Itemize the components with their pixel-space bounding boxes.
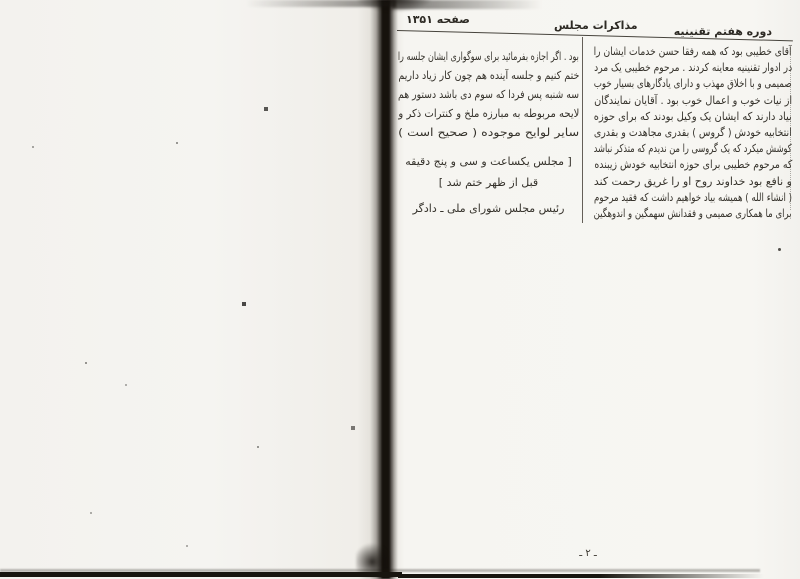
speaker-signature: رئیس مجلس شورای ملی ـ دادگر xyxy=(398,198,579,219)
dust-specks xyxy=(0,0,2,2)
text-line-text: برای ما همکاری صمیمی و فقدانش سهمگین و ا… xyxy=(594,206,792,222)
text-line: سایر لوایح موجوده ( صحیح است ) xyxy=(398,123,579,142)
session-closing-note: [ مجلس یکساعت و سی و پنج دقیقه قبل از ظه… xyxy=(398,151,579,219)
text-line-text: آقای خطیبی بود که همه رفقا حسن خدمات ایش… xyxy=(594,44,792,60)
column-divider xyxy=(582,37,583,223)
text-line: ( انشاء الله ) همیشه بیاد خواهیم داشت که… xyxy=(594,190,792,206)
text-line-text: لایحه مربوطه به مبارزه ملخ و کنترات ذکر … xyxy=(398,104,579,123)
text-line: سه شنبه پس فردا که سوم دی باشد دستور هم xyxy=(398,85,579,104)
text-line-text: انتخابیه خودش ( گروس ) بقدری مجاهدت و بق… xyxy=(594,125,792,141)
text-column-left: بود . اگر اجازه بفرمائید برای سوگواری ای… xyxy=(398,47,579,219)
scan-top-edge xyxy=(246,0,396,7)
closing-line-text: [ مجلس یکساعت و سی و پنج دقیقه xyxy=(405,151,572,172)
text-line: لایحه مربوطه به مبارزه ملخ و کنترات ذکر … xyxy=(398,104,579,123)
closing-line: قبل از ظهر ختم شد ] xyxy=(398,172,579,193)
text-line: و نافع بود خداوند روح او را غریق رحمت کن… xyxy=(594,174,792,190)
text-line: بود . اگر اجازه بفرمائید برای سوگواری ای… xyxy=(398,47,579,66)
text-column-right: آقای خطیبی بود که همه رفقا حسن خدمات ایش… xyxy=(594,44,792,222)
text-line-text: از نیات خوب و اعمال خوب بود . آقایان نما… xyxy=(594,93,792,109)
binding-gutter-shadow xyxy=(370,0,398,579)
header-title: مذاکرات مجلس xyxy=(554,19,638,32)
text-line: از نیات خوب و اعمال خوب بود . آقایان نما… xyxy=(594,93,792,109)
footer-page-number: ـ ۲ ـ xyxy=(552,548,624,559)
text-line-text: که مرحوم خطیبی برای حوزه انتخابیه خودش ز… xyxy=(594,157,792,173)
scanned-book-spread: صفحه ۱۳۵۱ مذاکرات مجلس دوره هفتم تقنینیه… xyxy=(0,0,800,579)
text-line-text: بود . اگر اجازه بفرمائید برای سوگواری ای… xyxy=(398,47,579,66)
text-line: ختم کنیم و جلسه آینده هم چون کار زیاد دا… xyxy=(398,66,579,85)
scan-bottom-edge xyxy=(0,572,402,577)
text-line-text: کوشش میکرد که یک گروسی را من ندیدم که مت… xyxy=(594,141,792,157)
text-line: صمیمی و با اخلاق مهذب و دارای یادگارهای … xyxy=(594,76,792,92)
scan-top-edge xyxy=(392,0,542,9)
text-line: انتخابیه خودش ( گروس ) بقدری مجاهدت و بق… xyxy=(594,125,792,141)
text-line: که مرحوم خطیبی برای حوزه انتخابیه خودش ز… xyxy=(594,157,792,173)
signature-text: رئیس مجلس شورای ملی ـ دادگر xyxy=(413,198,565,219)
ink-speck xyxy=(778,248,781,251)
text-line-text: و نافع بود خداوند روح او را غریق رحمت کن… xyxy=(594,174,792,190)
text-line: بیاد دارند که ایشان یک وکیل بودند که برا… xyxy=(594,109,792,125)
text-line-text: بیاد دارند که ایشان یک وکیل بودند که برا… xyxy=(594,109,792,125)
scan-bottom-edge xyxy=(398,574,764,578)
text-line-text: سه شنبه پس فردا که سوم دی باشد دستور هم xyxy=(398,85,579,104)
text-line-text: صمیمی و با اخلاق مهذب و دارای یادگارهای … xyxy=(594,76,792,92)
printed-right-page: صفحه ۱۳۵۱ مذاکرات مجلس دوره هفتم تقنینیه… xyxy=(392,0,800,579)
text-line-text: ( انشاء الله ) همیشه بیاد خواهیم داشت که… xyxy=(594,190,792,206)
text-line: آقای خطیبی بود که همه رفقا حسن خدمات ایش… xyxy=(594,44,792,60)
blank-left-page xyxy=(0,0,380,579)
text-line-text: ختم کنیم و جلسه آینده هم چون کار زیاد دا… xyxy=(398,66,579,85)
text-line-text: در ادوار تقنینیه معاینه کردند . مرحوم خط… xyxy=(594,60,792,76)
text-line: در ادوار تقنینیه معاینه کردند . مرحوم خط… xyxy=(594,60,792,76)
header-period: دوره هفتم تقنینیه xyxy=(674,25,772,38)
closing-line: [ مجلس یکساعت و سی و پنج دقیقه xyxy=(398,151,579,172)
text-line-text: سایر لوایح موجوده ( صحیح است ) xyxy=(398,123,579,142)
page-edge-dotted-line xyxy=(790,48,791,210)
text-line: کوشش میکرد که یک گروسی را من ندیدم که مت… xyxy=(594,141,792,157)
closing-line-text: قبل از ظهر ختم شد ] xyxy=(439,172,538,193)
text-line: برای ما همکاری صمیمی و فقدانش سهمگین و ا… xyxy=(594,206,792,222)
